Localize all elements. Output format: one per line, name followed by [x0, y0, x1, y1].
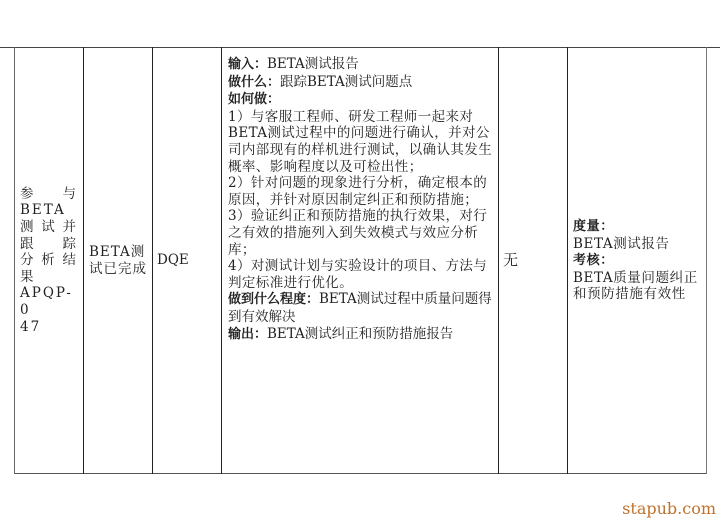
column-divider	[706, 47, 707, 474]
what-line: 做什么：跟踪BETA测试问题点	[228, 74, 493, 92]
remark-cell: 无	[499, 48, 567, 473]
measure-label: 度量：	[573, 218, 701, 236]
owner-cell: DQE	[153, 48, 221, 473]
watermark: stapub.com	[622, 499, 716, 518]
table-bottom-border	[14, 473, 706, 474]
item-text: 参 与 BETA 测试并 跟 踪 分析结 果 APQP-0 47	[20, 186, 78, 335]
input-line: 输入：BETA测试报告	[228, 56, 493, 74]
how-line: 如何做：	[228, 91, 493, 109]
remark-text: 无	[503, 252, 518, 269]
owner-text: DQE	[157, 252, 189, 269]
status-cell: BETA测试已完成	[84, 48, 152, 473]
item-cell: 参 与 BETA 测试并 跟 踪 分析结 果 APQP-0 47	[15, 48, 83, 473]
step-2: 2）针对问题的现象进行分析，确定根本的原因，并针对原因制定纠正和预防措施；	[228, 175, 493, 208]
assess-value: BETA质量问题纠正和预防措施有效性	[573, 270, 701, 303]
measure-value: BETA测试报告	[573, 236, 701, 253]
measure-cell: 度量： BETA测试报告 考核： BETA质量问题纠正和预防措施有效性	[568, 48, 706, 473]
extent-line: 做到什么程度：BETA测试过程中质量问题得到有效解决	[228, 291, 493, 325]
output-line: 输出：BETA测试纠正和预防措施报告	[228, 326, 493, 344]
step-4: 4）对测试计划与实验设计的项目、方法与判定标准进行优化。	[228, 258, 493, 291]
content-cell: 输入：BETA测试报告 做什么：跟踪BETA测试问题点 如何做： 1）与客服工程…	[222, 48, 498, 473]
step-1: 1）与客服工程师、研发工程师一起来对BETA测试过程中的问题进行确认，并对公司内…	[228, 109, 493, 175]
assess-label: 考核：	[573, 252, 701, 270]
status-text: BETA测试已完成	[89, 244, 147, 277]
step-3: 3）验证纠正和预防措施的执行效果，对行之有效的措施列入到失效模式与效应分析库；	[228, 208, 493, 258]
